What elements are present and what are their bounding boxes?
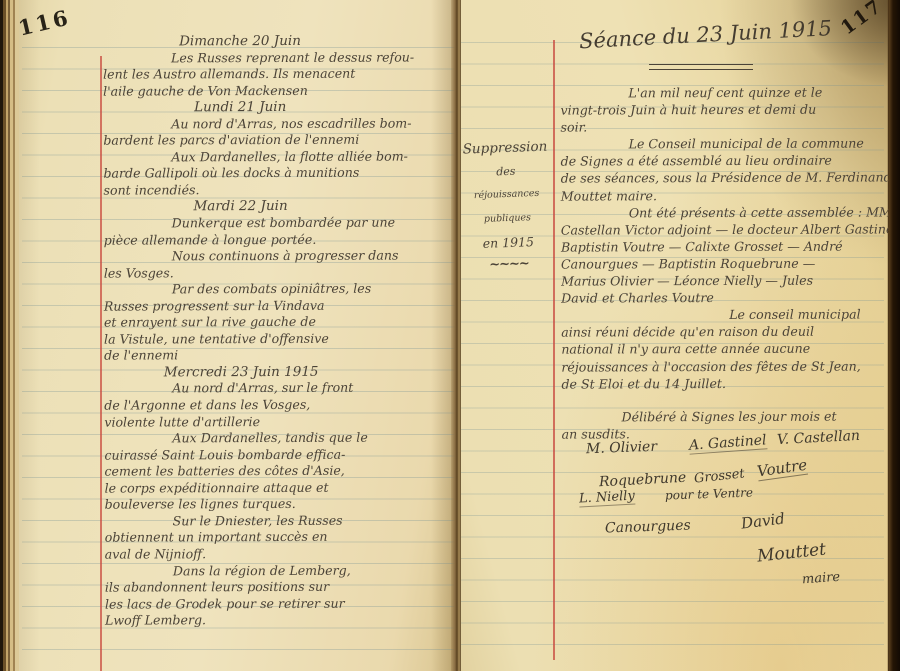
handwriting-line: Mercredi 23 Juin 1915: [104, 363, 448, 381]
handwriting-line: Sur le Dniester, les Russes: [105, 512, 449, 530]
handwriting-line: Le Conseil municipal de la commune: [561, 135, 887, 153]
handwriting-line: Baptistin Voutre — Calixte Grosset — And…: [561, 237, 887, 255]
handwriting-line: Lwoff Lemberg.: [105, 612, 449, 630]
handwriting-line: le corps expéditionnaire attaque et: [105, 479, 449, 497]
handwriting-line: Dimanche 20 Juin: [103, 32, 447, 50]
handwriting-line: Marius Olivier — Léonce Nielly — Jules: [561, 271, 887, 289]
handwriting-line: cement les batteries des côtes d'Asie,: [104, 463, 448, 481]
handwriting-line: Lundi 21 Juin: [103, 99, 447, 117]
handwriting-line: Mouttet maire.: [561, 186, 887, 204]
handwriting-line: Mardi 22 Juin: [104, 198, 448, 216]
handwriting-line: de l'Argonne et dans les Vosges,: [104, 396, 448, 414]
handwriting-line: bardent les parcs d'aviation de l'ennemi: [103, 132, 447, 150]
handwriting-line: L'an mil neuf cent quinze et le: [560, 83, 886, 101]
handwriting-line: violente lutte d'artillerie: [104, 413, 448, 431]
handwriting-line: cuirassé Saint Louis bombarde effica-: [104, 446, 448, 464]
signature: L. Nielly: [579, 489, 636, 508]
margin-note: Suppression des réjouissances publiques …: [461, 135, 554, 277]
handwriting-line: Russes progressent sur la Vindava: [104, 297, 448, 315]
handwriting-line: de ses séances, sous la Présidence de M.…: [561, 169, 887, 187]
handwriting-line: Par des combats opiniâtres, les: [104, 281, 448, 299]
handwriting-line: Aux Dardanelles, la flotte alliée bom-: [103, 148, 447, 166]
handwriting-line: les lacs de Grodek pour se retirer sur: [105, 595, 449, 613]
handwriting-line: pièce allemande à longue portée.: [104, 231, 448, 249]
handwriting-line: David et Charles Voutre: [561, 289, 887, 307]
handwriting-line: la Vistule, une tentative d'offensive: [104, 330, 448, 348]
margin-note-line: Suppression: [461, 135, 550, 162]
underline-flourish: ~~~~: [465, 253, 554, 276]
handwriting-line: Aux Dardanelles, tandis que le: [104, 430, 448, 448]
margin-note-line: réjouissances publiques: [462, 181, 552, 232]
signature: Canourgues: [605, 518, 691, 537]
handwriting-line: soir.: [560, 118, 886, 136]
handwriting-line: Ont été présents à cette assemblée : MM.: [561, 203, 887, 221]
handwriting-line: Le conseil municipal: [561, 306, 887, 324]
handwriting-line: Les Russes reprenant le dessus refou-: [103, 49, 447, 67]
page-number-left: 116: [16, 4, 73, 40]
handwriting-line: aval de Nijnioff.: [105, 545, 449, 563]
handwriting-line: Castellan Victor adjoint — le docteur Al…: [561, 220, 887, 238]
handwriting-line: lent les Austro allemands. Ils menacent: [103, 65, 447, 83]
handwriting-line: Nous continuons à progresser dans: [104, 248, 448, 266]
handwriting-line: Canourgues — Baptistin Roquebrune —: [561, 254, 887, 272]
page-stack-edges: [0, 0, 22, 671]
book-spine-edge: [887, 0, 900, 671]
handwriting-line: de St Eloi et du 14 Juillet.: [561, 374, 887, 392]
heading-double-rule: [649, 64, 753, 70]
page-left: 116 Dimanche 20 JuinLes Russes reprenant…: [0, 0, 457, 671]
handwriting-line: Dans la région de Lemberg,: [105, 562, 449, 580]
handwriting-line: Au nord d'Arras, nos escadrilles bom-: [103, 115, 447, 133]
handwriting-line: barde Gallipoli où les docks à munitions: [103, 165, 447, 183]
margin-note-line: en 1915: [464, 229, 553, 256]
register-book: 116 Dimanche 20 JuinLes Russes reprenant…: [0, 0, 900, 671]
handwriting-line: de l'ennemi: [104, 347, 448, 365]
margin-line-right: [553, 40, 555, 660]
handwriting-line: Au nord d'Arras, sur le front: [104, 380, 448, 398]
handwriting-line: l'aile gauche de Von Mackensen: [103, 82, 447, 100]
journal-entries: Dimanche 20 JuinLes Russes reprenant le …: [103, 32, 449, 629]
handwriting-line: les Vosges.: [104, 264, 448, 282]
handwriting-line: de Signes a été assemblé au lieu ordinai…: [561, 152, 887, 170]
margin-line-left: [100, 56, 102, 671]
page-right: Séance du 23 Juin 1915 Suppression des r…: [461, 0, 888, 671]
handwriting-line: Dunkerque est bombardée par une: [104, 214, 448, 232]
handwriting-line: bouleverse les lignes turques.: [105, 496, 449, 514]
handwriting-line: national il n'y aura cette année aucune: [561, 340, 887, 358]
handwriting-line: obtiennent un important succès en: [105, 529, 449, 547]
margin-note-line: des: [461, 158, 550, 184]
signature: M. Olivier: [586, 439, 658, 457]
handwriting-line: vingt-trois Juin à huit heures et demi d…: [560, 101, 886, 119]
handwriting-line: Délibéré à Signes les jour mois et: [562, 407, 888, 425]
deliberation-text: L'an mil neuf cent quinze et levingt-tro…: [560, 83, 887, 442]
handwriting-line: réjouissances à l'occasion des fêtes de …: [561, 357, 887, 375]
handwriting-line: ainsi réuni décide qu'en raison du deuil: [561, 323, 887, 341]
signature: maire: [802, 570, 841, 588]
handwriting-line: et enrayent sur la rive gauche de: [104, 314, 448, 332]
handwriting-line: ils abandonnent leurs positions sur: [105, 578, 449, 596]
handwriting-line: sont incendiés.: [103, 181, 447, 199]
